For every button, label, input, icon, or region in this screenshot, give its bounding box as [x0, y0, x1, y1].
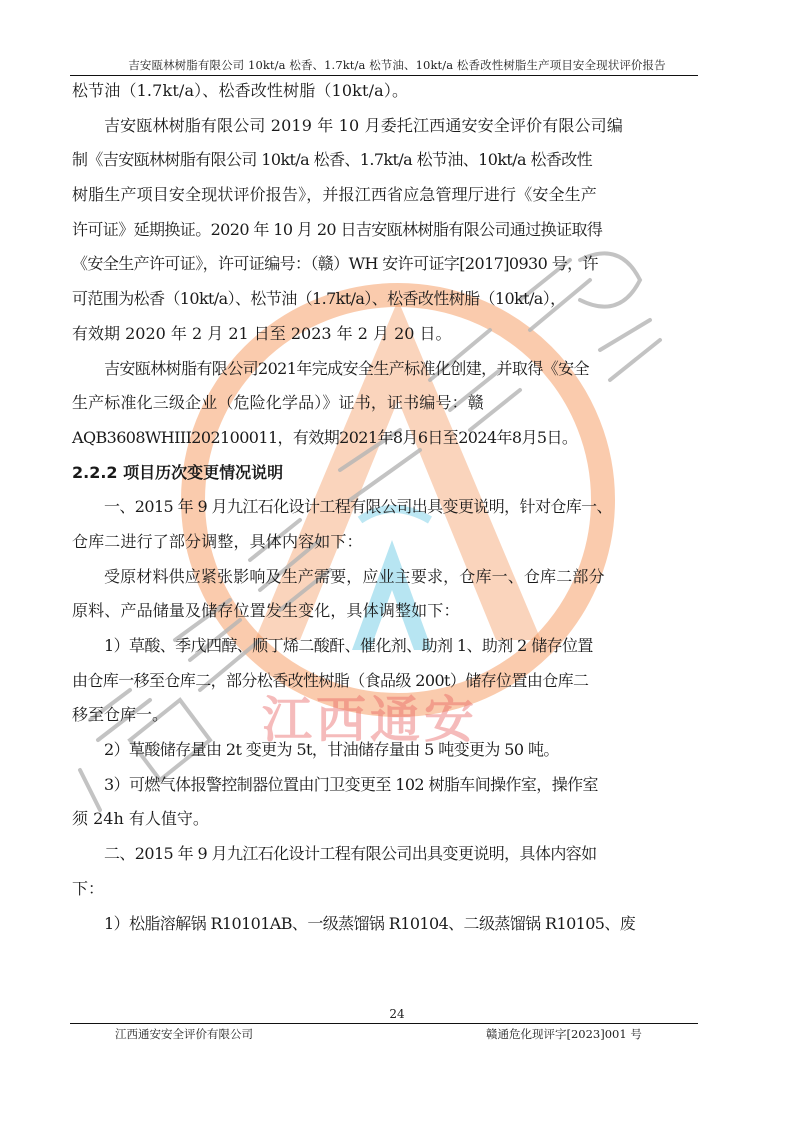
paragraph-line: 二、2015 年 9 月九江石化设计工程有限公司出具变更说明，具体内容如 — [72, 837, 698, 872]
paragraph-line: 2）草酸储存量由 2t 变更为 5t，甘油储存量由 5 吨变更为 50 吨。 — [72, 733, 698, 768]
paragraph-line: 1）松脂溶解锅 R10101AB、一级蒸馏锅 R10104、二级蒸馏锅 R101… — [72, 907, 698, 942]
paragraph-line: 有效期 2020 年 2 月 21 日至 2023 年 2 月 20 日。 — [72, 317, 698, 352]
paragraph-line: 下： — [72, 872, 698, 907]
paragraph-line: 一、2015 年 9 月九江石化设计工程有限公司出具变更说明，针对仓库一、 — [72, 490, 698, 525]
paragraph-line: AQB3608WHIII202100011，有效期2021年8月6日至2024年… — [72, 421, 698, 456]
section-heading: 2.2.2 项目历次变更情况说明 — [72, 456, 698, 491]
footer-company: 江西通安安全评价有限公司 — [115, 1026, 253, 1042]
paragraph-line: 移至仓库一。 — [72, 698, 698, 733]
paragraph-line: 原料、产品储量及储存位置发生变化，具体调整如下： — [72, 594, 698, 629]
paragraph-line: 3）可燃气体报警控制器位置由门卫变更至 102 树脂车间操作室，操作室 — [72, 768, 698, 803]
running-header-title: 吉安瓯林树脂有限公司 10kt/a 松香、1.7kt/a 松节油、10kt/a … — [70, 57, 724, 73]
paragraph-line: 生产标准化三级企业（危险化学品）》证书，证书编号：赣 — [72, 386, 698, 421]
document-page: 吉安瓯林树脂有限公司 10kt/a 松香、1.7kt/a 松节油、10kt/a … — [0, 0, 794, 1123]
paragraph-line: 《安全生产许可证》，许可证编号：（赣）WH 安许可证字[2017]0930 号，… — [72, 247, 698, 282]
paragraph-line: 须 24h 有人值守。 — [72, 802, 698, 837]
paragraph-line: 可范围为松香（10kt/a）、松节油（1.7kt/a）、松香改性树脂（10kt/… — [72, 282, 698, 317]
paragraph-line: 受原材料供应紧张影响及生产需要，应业主要求，仓库一、仓库二部分 — [72, 560, 698, 595]
document-body: 松节油（1.7kt/a）、松香改性树脂（10kt/a）。 吉安瓯林树脂有限公司 … — [72, 74, 698, 941]
footer-doc-number: 赣通危化现评字[2023]001 号 — [486, 1026, 642, 1042]
paragraph-line: 许可证》延期换证。2020 年 10 月 20 日吉安瓯林树脂有限公司通过换证取… — [72, 213, 698, 248]
paragraph-line: 松节油（1.7kt/a）、松香改性树脂（10kt/a）。 — [72, 74, 698, 109]
paragraph-line: 制《吉安瓯林树脂有限公司 10kt/a 松香、1.7kt/a 松节油、10kt/… — [72, 143, 698, 178]
paragraph-line: 吉安瓯林树脂有限公司 2019 年 10 月委托江西通安安全评价有限公司编 — [72, 109, 698, 144]
paragraph-line: 仓库二进行了部分调整，具体内容如下： — [72, 525, 698, 560]
paragraph-line: 树脂生产项目安全现状评价报告》，并报江西省应急管理厅进行《安全生产 — [72, 178, 698, 213]
paragraph-line: 吉安瓯林树脂有限公司2021年完成安全生产标准化创建，并取得《安全 — [72, 352, 698, 387]
footer-divider — [70, 1023, 698, 1024]
page-number: 24 — [0, 1007, 794, 1021]
paragraph-line: 由仓库一移至仓库二，部分松香改性树脂（食品级 200t）储存位置由仓库二 — [72, 664, 698, 699]
paragraph-line: 1）草酸、季戊四醇、顺丁烯二酸酐、催化剂、助剂 1、助剂 2 储存位置 — [72, 629, 698, 664]
